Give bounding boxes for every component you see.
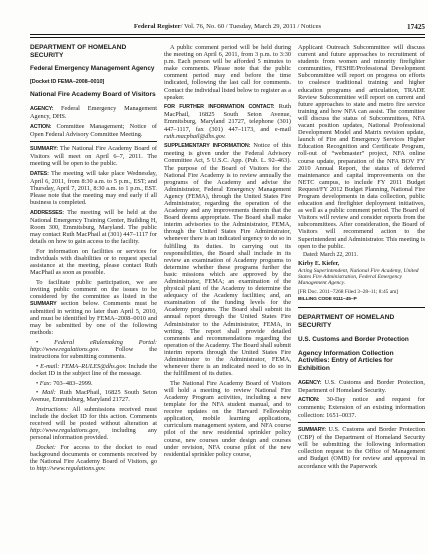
department-heading: DEPARTMENT OF HOMELAND SECURITY [30,44,157,59]
action-label-2: ACTION: [298,397,327,403]
instructions-url: http://www.regulations.gov [30,427,98,434]
column-1: DEPARTMENT OF HOMELAND SECURITY Federal … [30,44,157,475]
facilities-paragraph: For information on facilities or service… [30,248,157,276]
bullet-mail: • Mail: Ruth MacPhail, 16825 South Seton… [30,389,157,403]
instructions-lead: Instructions: [36,406,72,413]
subcommittee-paragraph: Applicant Outreach Subcommittee will dis… [298,44,425,250]
page-header: Federal Register/ Vol. 76, No. 60 / Tues… [30,23,425,38]
bullet-fax-text: 703–483–2999. [53,380,92,387]
docket-id: [Docket ID FEMA–2008–0010] [30,79,157,85]
agency-label-2: AGENCY: [298,380,325,386]
summary-label-2: SUMMARY: [298,427,328,433]
public-comment-paragraph: A public comment period will be held dur… [164,44,291,101]
bullet-portal: • Federal eRulemaking Portal: http://www… [30,339,157,360]
action-paragraph: ACTION: Committee Management; Notice of … [30,123,157,138]
bullet-glyph: • [36,339,54,346]
notice-title-2: Agency Information Collection Activities… [298,350,425,373]
supplementary-label: SUPPLEMENTARY INFORMATION: [164,143,253,149]
column-3: Applicant Outreach Subcommittee will dis… [298,44,425,475]
journal-name: Federal Register [134,23,181,30]
participation-text-1: To facilitate public participation, we a… [30,279,157,300]
agency-heading-2: U.S. Customs and Border Protection [298,336,425,344]
participation-paragraph: To facilitate public participation, we a… [30,279,157,337]
notice-separator-rule [298,307,425,308]
bullet-fax: • Fax: 703–483–2999. [30,380,157,387]
action-label: ACTION: [30,124,56,130]
bullet-fax-lead: Fax: [40,380,53,387]
docket-lead: Docket: [36,444,60,451]
dates-paragraph: DATES: The meeting will take place Wedne… [30,170,157,206]
dated-line: Dated: March 22, 2011. [298,252,425,259]
issue-info: / Vol. 76, No. 60 / Tuesday, March 29, 2… [181,23,321,30]
preamble-rule [30,141,157,142]
preamble-rule-2 [298,422,425,423]
federal-register-page: Federal Register/ Vol. 76, No. 60 / Tues… [0,0,428,554]
billing-code: BILLING CODE 9111–45–P [298,297,425,302]
agency-label: AGENCY: [30,106,61,112]
addresses-label: ADDRESSES: [30,210,67,216]
summary-ref-word: SUMMARY [30,301,57,307]
page-number: 17425 [407,23,425,31]
notice-title: National Fire Academy Board of Visitors [30,91,157,99]
notice-body: DEPARTMENT OF HOMELAND SECURITY Federal … [30,44,425,475]
signer-title: Acting Superintendent, National Fire Aca… [298,268,425,287]
supplementary-text: Notice of this meeting is given under th… [164,142,291,377]
addresses-paragraph: ADDRESSES: The meeting will be held at t… [30,209,157,245]
meeting-activities-paragraph: The National Fire Academy Board of Visit… [164,380,291,458]
contact-paragraph: FOR FURTHER INFORMATION CONTACT: Ruth Ma… [164,103,291,139]
agency-paragraph-2: AGENCY: U.S. Customs and Border Protecti… [298,379,425,394]
agency-heading: Federal Emergency Management Agency [30,65,157,73]
bullet-mail-lead: Mail: [42,389,60,396]
dates-label: DATES: [30,171,51,177]
bullet-email-lead: E-mail: FEMA–RULES@dhs.gov. [40,363,128,370]
fr-doc-line: [FR Doc. 2011–7268 Filed 3–28–11; 8:45 a… [298,289,425,295]
docket-paragraph: Docket: For access to the docket to read… [30,444,157,472]
header-citation: Federal Register/ Vol. 76, No. 60 / Tues… [30,23,425,31]
summary-label: SUMMARY: [30,146,60,152]
signer-name: Kirby E. Kiefer, [298,261,425,268]
contact-label: FOR FURTHER INFORMATION CONTACT: [164,104,279,110]
summary-paragraph: SUMMARY: The National Fire Academy Board… [30,145,157,167]
summary-paragraph-2: SUMMARY: U.S. Customs and Border Protect… [298,426,425,470]
action-paragraph-2: ACTION: 30-Day notice and request for co… [298,396,425,418]
docket-url: http://www.regulations.gov. [36,465,105,472]
agency-paragraph: AGENCY: Federal Emergency Management Age… [30,105,157,120]
bullet-email: • E-mail: FEMA–RULES@dhs.gov. Include th… [30,363,157,377]
instructions-paragraph: Instructions: All submissions received m… [30,406,157,441]
header-rule [30,34,425,38]
supplementary-paragraph: SUPPLEMENTARY INFORMATION: Notice of thi… [164,142,291,377]
department-heading-2: DEPARTMENT OF HOMELAND SECURITY [298,314,425,329]
contact-email: ruth.macphail@dhs.gov. [164,133,226,140]
column-2: A public comment period will be held dur… [164,44,291,475]
